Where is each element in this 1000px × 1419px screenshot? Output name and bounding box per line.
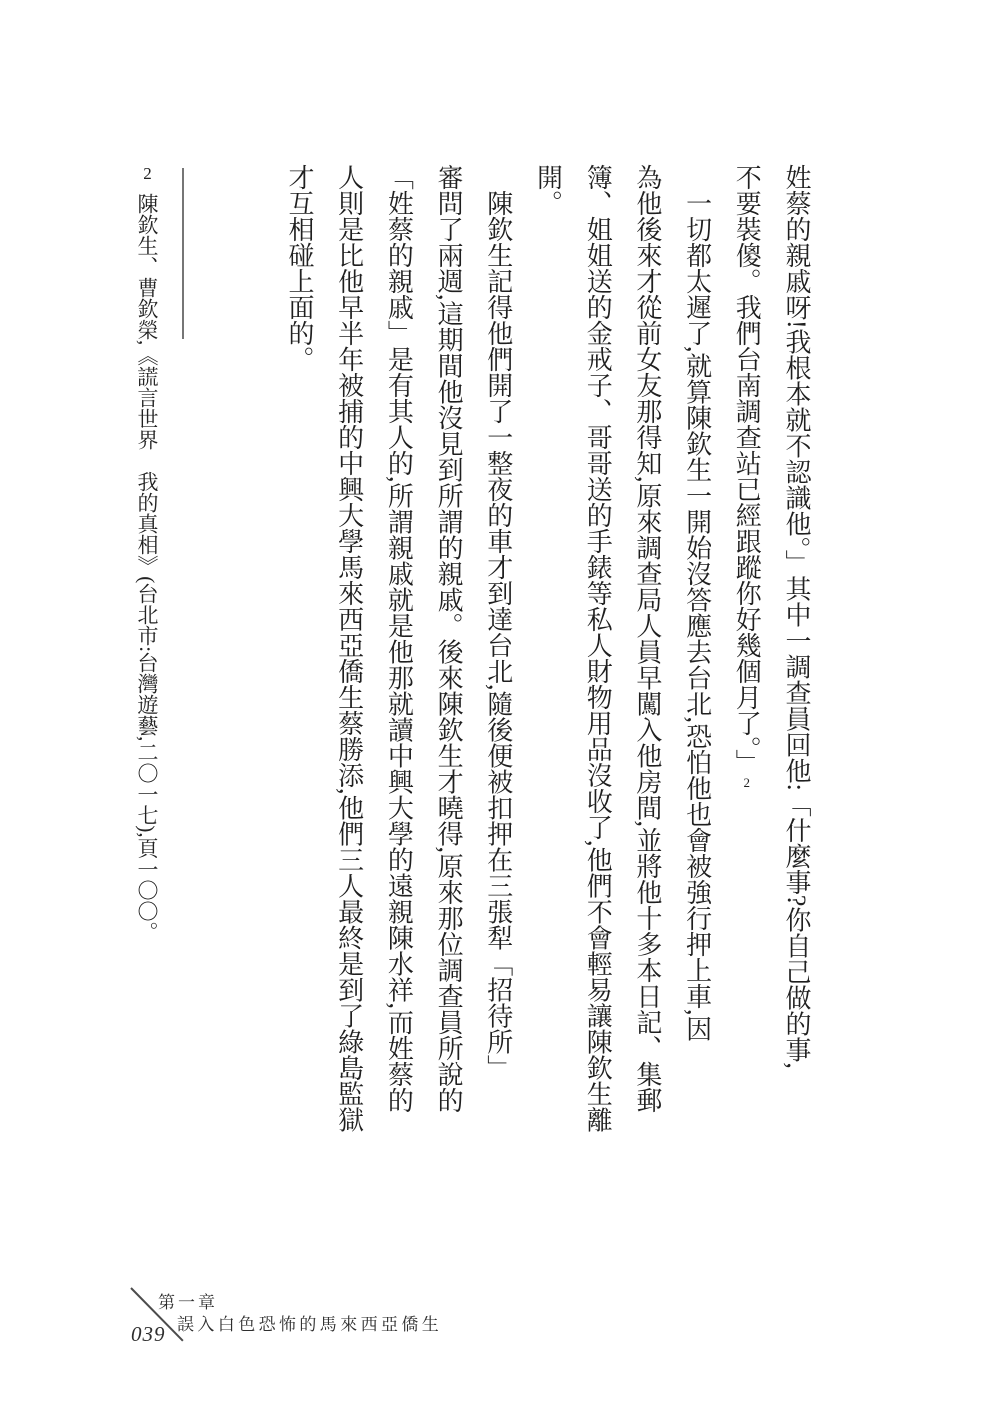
text-column: 才互相碰上面的。 xyxy=(274,164,324,1179)
footnote-text: 陳欽生、曹欽榮,《謊言世界 我的真相》(台北市:台灣遊藝,二〇一七),頁一〇〇。 xyxy=(135,193,159,943)
text-column: 姓蔡的親戚呀!我根本就不認識他。」其中一調查員回他:「什麼事?你自己做的事, xyxy=(771,164,821,1179)
text-column: 簿、姐姐送的金戒子、哥哥送的手錶等私人財物用品沒收了,他們不會輕易讓陳欽生離 xyxy=(572,164,622,1179)
footnote-marker: 2 xyxy=(138,164,157,183)
text-column: 人則是比他早半年被捕的中興大學馬來西亞僑生蔡勝添,他們三人最終是到了綠島監獄 xyxy=(324,164,374,1179)
text-column: 開。 xyxy=(523,164,573,1179)
text-column: 「姓蔡的親戚」是有其人的,所謂親戚就是他那就讀中興大學的遠親陳水祥,而姓蔡的 xyxy=(374,164,424,1179)
page-number: 039 xyxy=(131,1322,166,1347)
chapter-title: 誤入白色恐怖的馬來西亞僑生 xyxy=(177,1310,442,1335)
text-column: 不要裝傻。我們台南調查站已經跟蹤你好幾個月了。」2 xyxy=(722,164,772,1179)
text-column: 審問了兩週,這期間他沒見到所謂的親戚。後來陳欽生才曉得,原來那位調查員所說的 xyxy=(423,164,473,1179)
footnote-divider-line xyxy=(182,168,184,339)
text-column: 為他後來才從前女友那得知,原來調查局人員早闖入他房間,並將他十多本日記、集郵 xyxy=(622,164,672,1179)
book-page: 姓蔡的親戚呀!我根本就不認識他。」其中一調查員回他:「什麼事?你自己做的事,不要… xyxy=(0,0,1000,1419)
footnote-reference: 2 xyxy=(739,775,754,790)
text-column: 陳欽生記得他們開了一整夜的車才到達台北,隨後便被扣押在三張犁「招待所」 xyxy=(473,164,523,1179)
footnote-block: 2陳欽生、曹欽榮,《謊言世界 我的真相》(台北市:台灣遊藝,二〇一七),頁一〇〇… xyxy=(122,164,172,1114)
text-column: 一切都太遲了,就算陳欽生一開始沒答應去台北,恐怕他也會被強行押上車,因 xyxy=(672,164,722,1179)
main-text-block: 姓蔡的親戚呀!我根本就不認識他。」其中一調查員回他:「什麼事?你自己做的事,不要… xyxy=(274,164,821,1179)
